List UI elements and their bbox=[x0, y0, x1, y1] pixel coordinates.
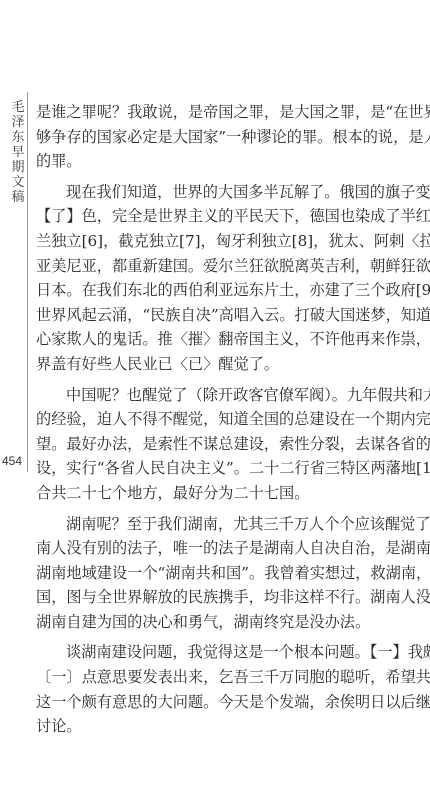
text-line: 是谁之罪呢？我敢说，是帝国之罪，是大国之罪，是“在世界能 bbox=[36, 100, 416, 125]
text-line: 现在我们知道，世界的大国多半瓦解了。俄国的旗子变成红 bbox=[36, 180, 416, 205]
text-line: 日本。在我们东北的西伯利亚远东片土，亦建了三个政府[9]。全 bbox=[36, 278, 416, 303]
text-line: 亚美尼亚，都重新建国。爱尔兰狂欲脱离英吉利，朝鲜狂欲脱离 bbox=[36, 254, 416, 279]
body-text: 是谁之罪呢？我敢说，是帝国之罪，是大国之罪，是“在世界能 够争存的国家必定是大国… bbox=[36, 100, 416, 739]
text-line: 界盖有好些人民业已〈已〉醒觉了。 bbox=[36, 352, 416, 377]
text-line: 讨论。 bbox=[36, 714, 416, 739]
margin-divider bbox=[27, 92, 28, 472]
text-line: 够争存的国家必定是大国家”一种谬论的罪。根本的说，是人民 bbox=[36, 125, 416, 150]
text-line: 国，图与全世界解放的民族携手，均非这样不行。湖南人没有把 bbox=[36, 585, 416, 610]
text-line: 谈湖南建设问题，我觉得这是一个根本问题。【一】我颇有 bbox=[36, 640, 416, 665]
text-line: 设，实行“各省人民自决主义”。二十二行省三特区两藩地[10]， bbox=[36, 456, 416, 481]
text-line: 湖南地域建设一个“湖南共和国”。我曾着实想过，救湖南，救中 bbox=[36, 561, 416, 586]
text-line: 合共二十七个地方，最好分为二十七国。 bbox=[36, 481, 416, 506]
text-line: 望。最好办法，是索性不谋总建设，索性分裂，去谋各省的分建 bbox=[36, 432, 416, 457]
text-line: 的罪。 bbox=[36, 149, 416, 174]
text-line: 南人没有别的法子，唯一的法子是湖南人自决自治，是湖南人在 bbox=[36, 536, 416, 561]
text-line: 心家欺人的鬼话。推〈摧〉翻帝国主义，不许他再来作祟，全世 bbox=[36, 327, 416, 352]
text-line: 这一个颇有意思的大问题。今天是个发端，余俟明日以后继续 bbox=[36, 690, 416, 715]
text-line: 中国呢？也醒觉了（除开政客官僚军阀）。九年假共和大战乱 bbox=[36, 383, 416, 408]
text-line: 世界风起云涌，“民族自决”高唱入云。打破大国迷梦，知道是野 bbox=[36, 303, 416, 328]
text-line: 兰独立[6]，截克独立[7]，匈牙利独立[8]，犹太、阿剌〈拉〉伯、 bbox=[36, 229, 416, 254]
running-title: 毛泽东早期文稿 bbox=[10, 100, 26, 205]
page-number: 454 bbox=[2, 454, 22, 468]
text-line: 的经验，迫人不得不醒觉，知道全国的总建设在一个期内完全无 bbox=[36, 407, 416, 432]
text-line: 湖南呢？至于我们湖南，尤其三千万人个个应该醒觉了！湖 bbox=[36, 512, 416, 537]
text-line: 湖南自建为国的决心和勇气，湖南终究是没办法。 bbox=[36, 610, 416, 635]
text-line: 〔一〕点意思要发表出来，乞吾三千万同胞的聪听，希望共起讨论 bbox=[36, 665, 416, 690]
text-line: 【了】色，完全是世界主义的平民天下，德国也染成了半红[5]。波 bbox=[36, 204, 416, 229]
